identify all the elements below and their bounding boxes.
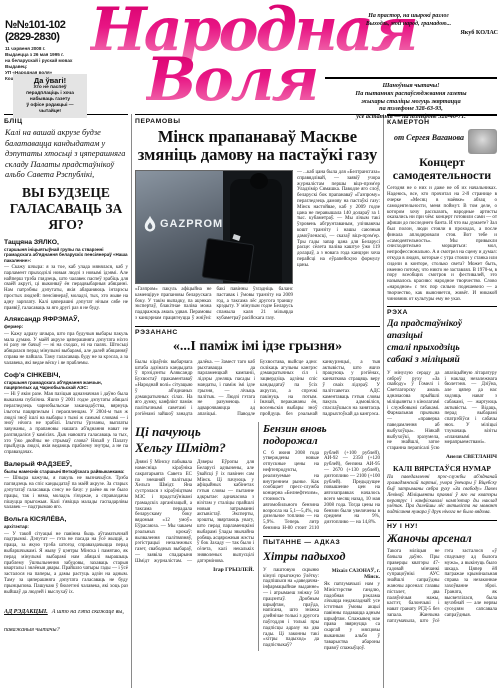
schmidt-byline: Ігар ГРЫЗЛЕЙ. [135,567,254,573]
speaker-name: Аляксандр ЯФРЭМАЎ, [4,316,128,323]
issue-number-secondary: (2829-2830) [5,32,93,44]
rekha-headline: Да прадстаўнікоў апазіцыі сталі прыходзі… [387,319,497,367]
schmidt-body: Днямі ў Мінску пабывала намесніца кіраўн… [135,460,254,564]
gas-article-body: «Газпром» пакуль афіцыйна не каменціруе … [135,287,293,322]
benzin-headline: Бензин вновь подорожал [263,423,380,447]
section-label-nu-i-nu: НУ І НУ! [387,523,497,530]
speaker-item: Соф'я СІНКЕВІЧ, старшыня грамадскага аб'… [4,372,128,457]
speaker-name: Соф'я СІНКЕВІЧ, [4,372,128,379]
speaker-role: архітэктар: [4,524,128,529]
epigraph-author: Якуб КОЛАС [460,29,498,36]
middle-column: ПЕРАМОВЫ Мінск прапанаваў Маскве змяніць… [135,114,380,688]
speaker-role: старшыня ініцыятыўнай групы па стварэнні… [4,247,128,263]
gazprom-flame-icon [143,215,157,233]
speaker-item: Вольга КІСЯЛЁВА, архітэктар: — У такой с… [4,516,128,595]
speaker-role: фермер: [4,324,128,329]
newspaper-front-page: №№101-102 (2829-2830) 11 чэрвеня 2008 г.… [0,0,501,688]
rezanans-headline: «...І паміж імі ідзе грызня» [135,339,380,355]
attention-box-title: Да ўвагі! [15,76,85,85]
gazprom-wordmark: GAZPROM [160,218,223,230]
section-label-blitz: БЛІЦ [4,118,128,125]
section-divider [387,520,497,521]
blitz-column: БЛІЦ Калі на вашай акрузе будзе балатава… [4,114,128,688]
speaker-role: старшыня грамадскага аб'яднання жанчын, … [4,380,128,391]
speaker-item: Аляксандр ЯФРЭМАЎ, фермер: — Кажу адразу… [4,316,128,366]
header-divider [325,77,497,79]
kamerton-headline: Концерт самодеятельности [387,156,497,182]
vjorstka-title: КАЛІ ВЯРСТАЎСЯ НУМАР [387,464,497,473]
speaker-quote: — Шчыра кажучы, я пакуль не вызначыўся. … [4,476,128,511]
rekha-byline: Анеля СВЕТЛАНІЧ [387,454,497,460]
vjorstka-body: Па паведамленні прэс-службы аб'яднанай г… [387,475,497,516]
middle-bottom-row: Ці пачуюць Хельгу Шмідт? Днямі ў Мінску … [135,422,380,652]
rekha-body: У мінулую сераду да сяброў руху «За сваб… [387,371,497,452]
speaker-name: Вольга КІСЯЛЁВА, [4,516,128,523]
column-divider [131,114,132,688]
gazprom-logo: GAZPROM [143,215,223,233]
section-label-rekha: РЭХА [387,309,497,316]
gas-article-headline: Мінск прапанаваў Маскве змяніць дамову н… [135,128,380,165]
attention-box-text: Хто не паспеў перадплаціць і хоча набыва… [15,85,85,115]
speaker-quote: — У такой сітуацыі не павінна быць аўтам… [4,532,128,596]
blitz-headline: ВЫ БУДЗЕЦЕ ГАЛАСАВАЦЬ ЗА ЯГО? [4,185,128,233]
page-content: БЛІЦ Калі на вашай акрузе будзе балатава… [0,114,501,688]
editorial-answer: Як патлумачылі нам у Міністэрстве гандлю… [324,582,380,651]
masthead-area: №№101-102 (2829-2830) 11 чэрвеня 2008 г.… [0,0,501,114]
newspaper-title-line2: Воля [146,50,316,110]
kamerton-author: от Сергея Ваганова [387,133,464,142]
man-head [250,173,268,189]
schmidt-article: Ці пачуюць Хельгу Шмідт? Днямі ў Мінску … [135,422,254,652]
briefcase [201,238,254,284]
column-divider [258,422,259,652]
gas-article-lead: — ...каб цана была для «Белтрансгаза» сп… [297,170,380,322]
epigraph-quote: На прастор, на шырокі разлог Выходзь, мо… [326,12,491,28]
speaker-quote: — Кажу адразу шчыра, што пра будучыя выб… [4,332,128,367]
gazprom-photo: GAZPROM [135,170,293,284]
blitz-intro: Калі на вашай акрузе будзе балатавацца к… [5,128,127,181]
speaker-quote: — Скажу шчыра: я за тое, каб улада мянял… [4,265,128,311]
section-label-rezanans: РЭЗАНАНС [135,329,380,336]
right-column: КАМЕРТОН от Сергея Ваганова Концерт само… [387,114,497,688]
speaker-name: Валерый ФАДЗЕЕЎ, [4,461,128,468]
issue-block: №№101-102 (2829-2830) 11 чэрвеня 2008 г.… [5,20,93,82]
rezanans-body: Былы кіраўнік выбарчага штаба адзінага к… [135,360,380,418]
kamerton-author-row: от Сергея Ваганова [387,129,497,154]
question-headline: Хітры падыход [263,549,380,564]
question-byline: Міхаіл САЗОНАЎ, г. Мінск. [324,568,380,580]
editors-note-label: АД РЭДАКЦЫІ. [4,609,48,615]
section-divider [263,536,380,537]
column-divider [383,114,384,688]
speaker-item: Таццяна ЗЯЛКО, старшыня ініцыятыўнай гру… [4,239,128,312]
attention-box: Да ўвагі! Хто не паспеў перадплаціць і х… [13,74,87,118]
speaker-name: Таццяна ЗЯЛКО, [4,239,128,246]
readers-notice: Шаноўныя чытачы! Па пытаннях распаўсюджв… [326,82,496,121]
arsenal-headline: Жаночы арсенал [387,533,497,545]
speaker-role: былы намеснік старшыні Веткаўскага райвы… [4,469,128,474]
schmidt-headline: Ці пачуюць Хельгу Шмідт? [135,424,254,457]
question-body: У паштовую скрыню кінулі прыгожую ўлётку… [263,568,380,652]
benzin-body: С 6 июня 2008 года утверждены новые отпу… [263,451,380,532]
reader-question: У паштовую скрыню кінулі прыгожую ўлётку… [263,568,319,648]
section-divider [387,306,497,307]
editors-note: АД РЭДАКЦЫІ. А што на гэта скажаце вы, п… [4,600,128,636]
speaker-item: Валерый ФАДЗЕЕЎ, былы намеснік старшыні … [4,461,128,511]
middle-right-subcolumn: Бензин вновь подорожал С 6 июня 2008 год… [263,422,380,652]
speaker-quote: — Ні ў якім разе. Мая пазіцыя адназначна… [4,392,128,456]
kamerton-body: Сегодня не о них и даже не об их начальн… [387,186,497,302]
gas-photo-stack: GAZPROM «Газпром» пакуль афіцыйна не кам… [135,170,293,322]
vaganov-photo [468,129,497,154]
issue-number: №№101-102 [5,20,93,32]
section-divider [135,326,380,327]
gas-article-body-row: GAZPROM «Газпром» пакуль афіцыйна не кам… [135,170,380,322]
section-label-question: ПЫТАННЕ — АДКАЗ [263,539,380,546]
arsenal-body: Такога міліцыя не бачыла даўно. Пры прав… [387,549,497,624]
